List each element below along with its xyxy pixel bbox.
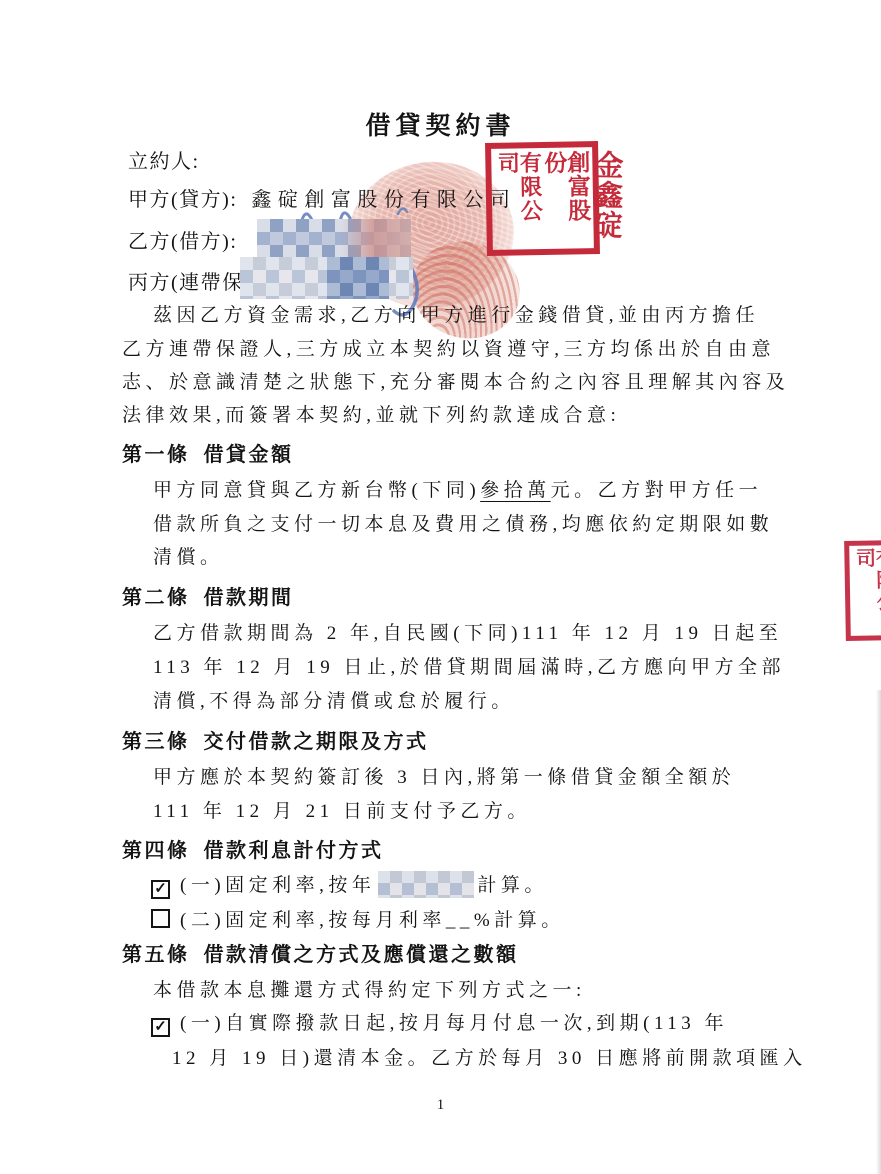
preamble-line: 志、於意識清楚之狀態下,充分審閱本合約之內容且理解其內容及 — [122, 369, 789, 396]
party-a-name: 鑫碇創富股份有限公司 — [251, 189, 516, 211]
article-2-line: 乙方借款期間為 2 年,自民國(下同)111 年 12 月 19 日起至 — [153, 620, 782, 647]
article-1-line: 清償。 — [153, 544, 224, 571]
redacted-name-party-c — [240, 257, 413, 299]
article-2-title: 借款期間 — [204, 587, 294, 609]
preamble-line: 乙方連帶保證人,三方成立本契約以資遵守,三方均係出於自由意 — [122, 336, 775, 363]
article-1-line: 借款所負之支付一切本息及費用之債務,均應依約定期限如數 — [153, 511, 773, 538]
seal-column-middle: 創富股份 — [542, 150, 590, 246]
preamble-line: 茲因乙方資金需求,乙方向甲方進行金錢借貸,並由丙方擔任 — [153, 302, 759, 329]
scan-edge-artifact — [876, 690, 881, 1174]
party-b-row: 乙方(借方): — [128, 229, 237, 256]
article-3-heading: 第三條交付借款之期限及方式 — [122, 729, 429, 756]
article-5-title: 借款清償之方式及應償還之數額 — [204, 944, 519, 966]
article-2-line: 113 年 12 月 19 日止,於借貸期間屆滿時,乙方應向甲方全部 — [153, 654, 785, 681]
scanned-contract-page: 借貸契約書 立約人: 甲方(貸方):鑫碇創富股份有限公司 乙方(借方): 丙方(… — [0, 0, 881, 1174]
article-5-option-1-line-2: 12 月 19 日)還清本金。乙方於每月 30 日應將前開款項匯入 — [172, 1045, 807, 1072]
article-4-option-1: ✓(一)固定利率,按年計算。 — [151, 871, 548, 899]
checkbox-checked-icon: ✓ — [151, 880, 170, 899]
article-4-heading: 第四條借款利息計付方式 — [122, 838, 384, 865]
article-2-no: 第二條 — [122, 587, 190, 609]
article-5-line: 本借款本息攤還方式得約定下列方式之一: — [153, 977, 586, 1004]
article-1-no: 第一條 — [122, 444, 190, 466]
company-seal-stamp: 有限公司 創富股份 金鑫碇 — [485, 141, 600, 256]
loan-amount-underlined: 參拾萬 — [480, 480, 551, 501]
checkbox-unchecked-icon — [151, 909, 170, 928]
article-2-heading: 第二條借款期間 — [122, 585, 294, 612]
article-2-line: 清償,不得為部分清償或怠於履行。 — [153, 688, 515, 715]
article-3-title: 交付借款之期限及方式 — [204, 731, 429, 753]
article-3-line: 111 年 12 月 21 日前支付予乙方。 — [153, 798, 531, 825]
article-1-heading: 第一條借貸金額 — [122, 442, 294, 469]
partial-company-seal-right-edge: 有限公司 — [844, 539, 881, 641]
article-4-option-2: (二)固定利率,按每月利率__%計算。 — [151, 907, 565, 934]
article-1-title: 借貸金額 — [204, 444, 294, 466]
seal-column-right: 金鑫碇 — [590, 150, 621, 245]
article-5-heading: 第五條借款清償之方式及應償還之數額 — [122, 942, 519, 969]
article-3-line: 甲方應於本契約簽訂後 3 日內,將第一條借貸金額全額於 — [153, 764, 735, 791]
seal-column-left: 有限公司 — [496, 151, 542, 247]
checkbox-checked-icon: ✓ — [151, 1018, 170, 1037]
article-1-line: 甲方同意貸與乙方新台幣(下同)參拾萬元。乙方對甲方任一 — [153, 477, 762, 504]
article-3-no: 第三條 — [122, 731, 190, 753]
preamble-line: 法律效果,而簽署本契約,並就下列約款達成合意: — [122, 402, 620, 429]
article-5-option-1-line-1: ✓(一)自實際撥款日起,按月每月付息一次,到期(113 年 — [151, 1010, 728, 1037]
article-5-no: 第五條 — [122, 944, 190, 966]
party-a-label: 甲方(貸方): — [128, 189, 237, 211]
article-4-no: 第四條 — [122, 840, 190, 862]
article-4-title: 借款利息計付方式 — [204, 840, 384, 862]
party-b-label: 乙方(借方): — [128, 231, 237, 253]
redacted-interest-rate — [378, 871, 474, 898]
edge-seal-column: 有限公司 — [853, 547, 881, 634]
parties-intro: 立約人: — [128, 149, 200, 176]
party-a-row: 甲方(貸方):鑫碇創富股份有限公司 — [128, 187, 516, 214]
